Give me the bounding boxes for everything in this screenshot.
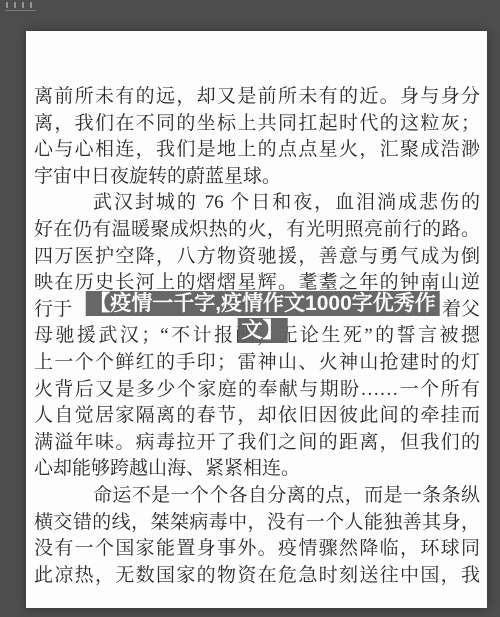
essay-line: 横交错的线，桀桀病毒中，没有一个人能独善其身， [34,510,480,537]
overlay-title-line-2: 文】 [238,318,288,343]
overlay-title-line-1: 【疫情一千字,疫情作文1000字优秀作 [85,291,440,316]
essay-line: 心与心相连，我们是地上的点点星火，汇聚成浩渺 [34,137,480,164]
essay-line-paragraph-start: 命运不是一个个各自分离的点，而是一条条纵 [34,483,480,510]
essay-line: 满溢年味。病毒拉开了我们之间的距离，但我们的 [34,430,480,457]
essay-line: 好在仍有温暖聚成炽热的火，有光明照亮前行的路。 [34,217,480,244]
essay-line: 人自觉居家隔离的春节，却依旧因彼此间的牵挂而 [34,403,480,430]
photo-frame: { "window": {"width": 500, "height": 617… [0,0,500,617]
line-fragment-left: 行于 [34,297,72,324]
ruler-tick-marks-icon [6,2,40,14]
essay-line: 离，我们在不同的坐标上共同扛起时代的这粒灰； [34,111,480,138]
essay-line: 没有一个国家能置身事外。疫情骤然降临，环球同 [34,536,480,563]
essay-line: 宇宙中日夜旋转的蔚蓝星球。 [34,164,480,191]
essay-line: 四万医护空降，八方物资驰援，善意与勇气成为倒 [34,244,480,271]
essay-line: 火背后又是多少个家庭的奉献与期盼……一个所有 [34,377,480,404]
essay-line-paragraph-start: 武汉封城的 76 个日和夜，血泪淌成悲伤的河， [34,190,480,217]
essay-line: 心却能够跨越山海、紧紧相连。 [34,456,480,483]
essay-line: 上一个个鲜红的手印；雷神山、火神山抢建时的灯 [34,350,480,377]
essay-line: 此凉热，无数国家的物资在危急时刻送往中国，我 [34,563,480,590]
line-fragment-right: 着父 [442,297,480,324]
title-overlay-banner: 【疫情一千字,疫情作文1000字优秀作 文】 [85,290,440,344]
essay-line: 离前所未有的远，却又是前所未有的近。身与身分 [34,84,480,111]
essay-page: 离前所未有的远，却又是前所未有的近。身与身分 离，我们在不同的坐标上共同扛起时代… [26,31,487,608]
